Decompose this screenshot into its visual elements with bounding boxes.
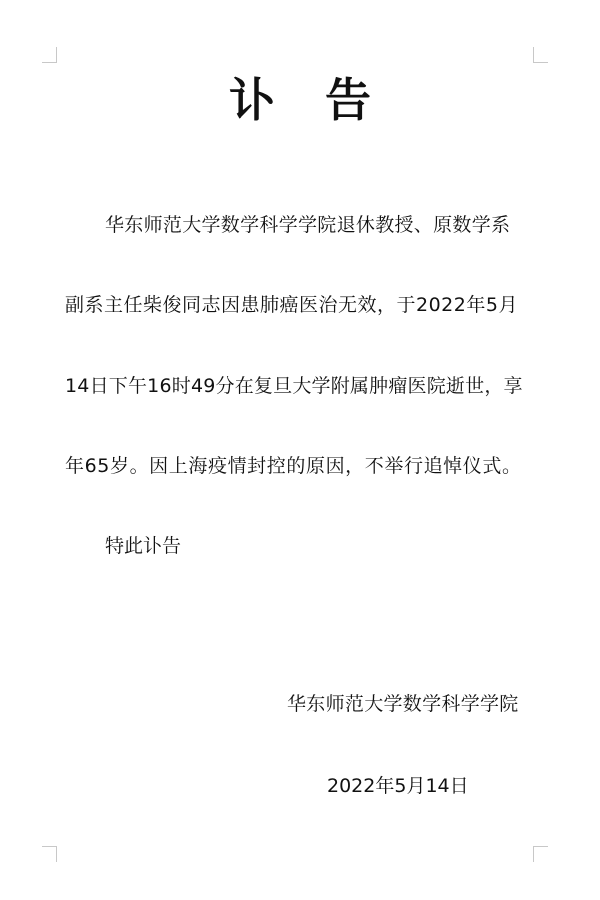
body-line-3: 14日下午16时49分在复旦大学附属肿瘤医院逝世，享 (65, 373, 523, 399)
corner-mark-top-right (533, 47, 548, 63)
document-title: 讣告 (0, 72, 600, 128)
date: 2022年5月14日 (327, 773, 469, 799)
closing-text: 特此讣告 (105, 533, 181, 559)
body-line-4: 年65岁。因上海疫情封控的原因，不举行追悼仪式。 (65, 453, 522, 479)
body-line-2: 副系主任柴俊同志因患肺癌医治无效，于2022年5月 (65, 292, 518, 318)
signature: 华东师范大学数学科学学院 (287, 691, 519, 717)
corner-mark-top-left (42, 47, 57, 63)
corner-mark-bottom-left (42, 846, 57, 862)
body-line-1: 华东师范大学数学科学学院退休教授、原数学系 (105, 212, 510, 238)
corner-mark-bottom-right (533, 846, 548, 862)
